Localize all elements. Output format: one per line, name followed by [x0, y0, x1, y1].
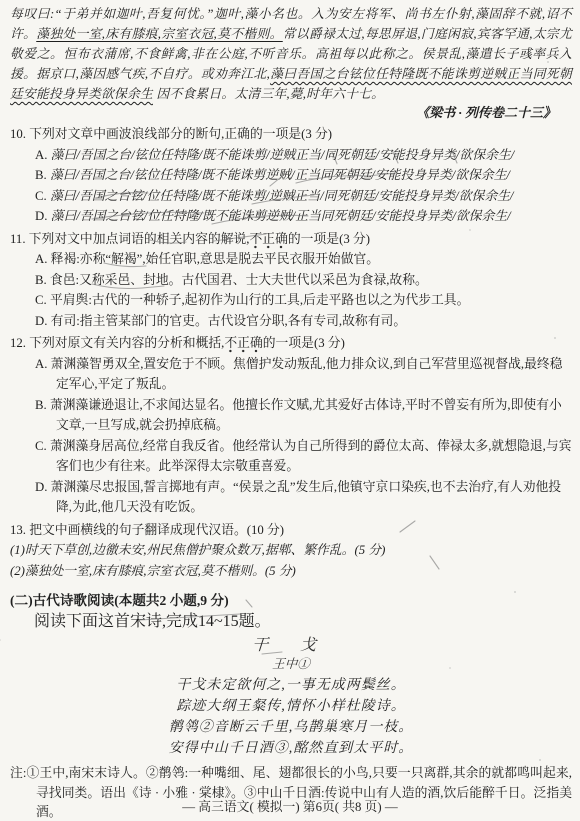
- option-row-C: C. 藻曰/吾国之台铉/位任特隆/既不能诛剪/逆贼正当/同死朝廷/安能投身异类/…: [35, 186, 572, 207]
- poem-author: 王中①: [9, 657, 572, 672]
- question-stem: 10. 下列对文章中画波浪线部分的断句,正确的一项是(3 分): [10, 124, 572, 145]
- poetry-section-header: (二)古代诗歌阅读(本题共2 小题,9 分): [10, 590, 572, 611]
- option-text: 藻曰/吾国之台/铉位任特隆/既不能诛剪逆贼/正当同死朝廷/安能投身异类/欲保余生…: [50, 168, 510, 182]
- question-13-items: (1)时天下草创,边徼未安,州民焦僧护聚众数万,据郫、繁作乱。(5 分)(2)藻…: [10, 540, 572, 581]
- option-row-D: D. 藻曰/吾国之台铉/位任特隆/既不能诛剪逆贼/正当同死朝廷/安能投身异类/欲…: [35, 206, 572, 227]
- option-text: 食邑:又称采邑、封地。古代国君、士大夫世代以采邑为食禄,故称。: [50, 273, 428, 287]
- option-text: 藻曰/吾国之台/铉位任特隆/既不能诛剪/逆贼正当/同死朝廷/安能投身异类/欲保余…: [51, 148, 515, 162]
- page-content: 每叹曰:“于弟并如迦叶,吾复何忧。”迦叶,藻小名也。入为安左将军、尚书左仆射,藻…: [10, 4, 572, 821]
- option-row-B: B. 食邑:又称采邑、封地。古代国君、士大夫世代以采邑为食禄,故称。: [35, 270, 572, 291]
- option-label: A.: [35, 357, 51, 371]
- question-13-number: 13.: [10, 523, 26, 537]
- option-label: D.: [35, 314, 51, 328]
- option-label: A.: [35, 148, 51, 162]
- translation-sentence: (1)时天下草创,边徼未安,州民焦僧护聚众数万,据郫、繁作乱。(5 分): [10, 540, 572, 561]
- exam-scan-page: 每叹曰:“于弟并如迦叶,吾复何忧。”迦叶,藻小名也。入为安左将军、尚书左仆射,藻…: [0, 0, 580, 821]
- option-row-D: D. 有司:指主管某部门的官吏。古代设官分职,各有专司,故称有司。: [35, 311, 572, 332]
- option-text: 萧渊藻尽忠报国,誓言掷地有声。“侯景之乱”发生后,他镇守京口染疾,也不去治疗,有…: [51, 480, 561, 515]
- option-row-C: C. 萧渊藻身居高位,经常自我反省。他经常认为自己所得到的爵位太高、俸禄太多,就…: [35, 436, 572, 477]
- option-label: B.: [35, 168, 50, 182]
- option-row-A: A. 萧渊藻智勇双全,置安危于不顾。焦僧护发动叛乱,他力排众议,到自己军营里巡视…: [35, 354, 572, 395]
- option-text: 萧渊藻身居高位,经常自我反省。他经常认为自己所得到的爵位太高、俸禄太多,就想隐退…: [50, 439, 571, 474]
- question-stem: 12. 下列对原文有关内容的分析和概括,不正确的一项是(3 分): [10, 333, 572, 354]
- option-row-C: C. 平肩舆:古代的一种轿子,起初作为山行的工具,后走平路也以之为代步工具。: [35, 290, 572, 311]
- translation-sentence: (2)藻独处一室,床有膝痕,宗室衣冠,莫不楷则。(5 分): [10, 561, 572, 582]
- passage-attribution: 《梁书 · 列传卷二十三》: [10, 104, 572, 122]
- option-text: 萧渊藻谦逊退让,不求闻达显名。他擅长作文赋,尤其爱好古体诗,平时不曾妄有所为,即…: [50, 398, 562, 433]
- poetry-instruction: 阅读下面这首宋诗,完成14~15题。: [10, 612, 572, 632]
- option-text: 藻曰/吾国之台铉/位任特隆/既不能诛剪/逆贼正当/同死朝廷/安能投身异类/欲保余…: [50, 189, 514, 203]
- option-row-A: A. 释褐:亦称“解褐”,始任官职,意思是脱去平民衣服开始做官。: [35, 249, 572, 270]
- question-stem: 11. 下列对文中加点词语的相关内容的解说,不正确的一项是(3 分): [10, 229, 572, 250]
- option-row-A: A. 藻曰/吾国之台/铉位任特隆/既不能诛剪/逆贼正当/同死朝廷/安能投身异类/…: [35, 145, 572, 166]
- passage-segment-solid-underlined: 藻独处一室,床有膝痕,宗室衣冠,莫不楷则。: [36, 27, 283, 41]
- question-13: 13. 把文中画横线的句子翻译成现代汉语。(10 分) (1)时天下草创,边徼未…: [10, 520, 572, 582]
- option-row-B: B. 萧渊藻谦逊退让,不求闻达显名。他擅长作文赋,尤其爱好古体诗,平时不曾妄有所…: [35, 395, 572, 436]
- poem-title: 干 戈: [9, 635, 573, 657]
- question-10: 10. 下列对文章中画波浪线部分的断句,正确的一项是(3 分)A. 藻曰/吾国之…: [10, 124, 572, 227]
- question-number: 11.: [10, 232, 29, 246]
- option-text: 释褐:亦称“解褐”,始任官职,意思是脱去平民衣服开始做官。: [51, 252, 379, 266]
- option-label: D.: [35, 480, 51, 494]
- option-label: C.: [35, 439, 50, 453]
- option-label: B.: [35, 398, 50, 412]
- poem-line: 安得中山千日酒③,酩然直到太平时。: [10, 738, 572, 759]
- poem-body: 干戈未定欲何之,一事无成两鬓丝。踪迹大纲王粲传,情怀小样杜陵诗。鹡鸰②音断云千里…: [10, 675, 572, 759]
- poem-line: 踪迹大纲王粲传,情怀小样杜陵诗。: [10, 696, 572, 717]
- question-13-stem-text: 把文中画横线的句子翻译成现代汉语。(10 分): [29, 523, 284, 537]
- question-number: 10.: [10, 127, 29, 141]
- option-label: C.: [35, 293, 50, 307]
- option-label: B.: [35, 273, 50, 287]
- question-number: 12.: [10, 336, 29, 350]
- question-11: 11. 下列对文中加点词语的相关内容的解说,不正确的一项是(3 分)A. 释褐:…: [10, 229, 572, 332]
- option-label: D.: [35, 209, 51, 223]
- option-row-B: B. 藻曰/吾国之台/铉位任特隆/既不能诛剪逆贼/正当同死朝廷/安能投身异类/欲…: [35, 165, 572, 186]
- option-text: 有司:指主管某部门的官吏。古代设官分职,各有专司,故称有司。: [51, 314, 406, 328]
- option-label: A.: [35, 252, 51, 266]
- option-label: C.: [35, 189, 50, 203]
- question-12: 12. 下列对原文有关内容的分析和概括,不正确的一项是(3 分)A. 萧渊藻智勇…: [10, 333, 572, 518]
- questions-block: 10. 下列对文章中画波浪线部分的断句,正确的一项是(3 分)A. 藻曰/吾国之…: [10, 124, 572, 518]
- option-row-D: D. 萧渊藻尽忠报国,誓言掷地有声。“侯景之乱”发生后,他镇守京口染疾,也不去治…: [35, 477, 572, 518]
- option-text: 藻曰/吾国之台铉/位任特隆/既不能诛剪逆贼/正当同死朝廷/安能投身异类/欲保余生…: [51, 209, 511, 223]
- poem-line: 鹡鸰②音断云千里,乌鹊巢寒月一枝。: [10, 717, 572, 738]
- page-footer: — 高三语文( 模拟一) 第6页( 共8 页) —: [0, 796, 580, 815]
- emphasized-term: 不正确: [224, 336, 262, 353]
- passage-segment: 因不食累日。太清三年,薨,时年六十七。: [153, 87, 384, 101]
- question-13-stem: 13. 把文中画横线的句子翻译成现代汉语。(10 分): [10, 520, 572, 541]
- option-text: 萧渊藻智勇双全,置安危于不顾。焦僧护发动叛乱,他力排众议,到自己军营里巡视督战,…: [51, 357, 563, 392]
- classical-passage: 每叹曰:“于弟并如迦叶,吾复何忧。”迦叶,藻小名也。入为安左将军、尚书左仆射,藻…: [10, 4, 572, 104]
- poem-line: 干戈未定欲何之,一事无成两鬓丝。: [10, 675, 572, 696]
- option-text: 平肩舆:古代的一种轿子,起初作为山行的工具,后走平路也以之为代步工具。: [50, 293, 469, 307]
- emphasized-term: 不正确: [249, 232, 287, 249]
